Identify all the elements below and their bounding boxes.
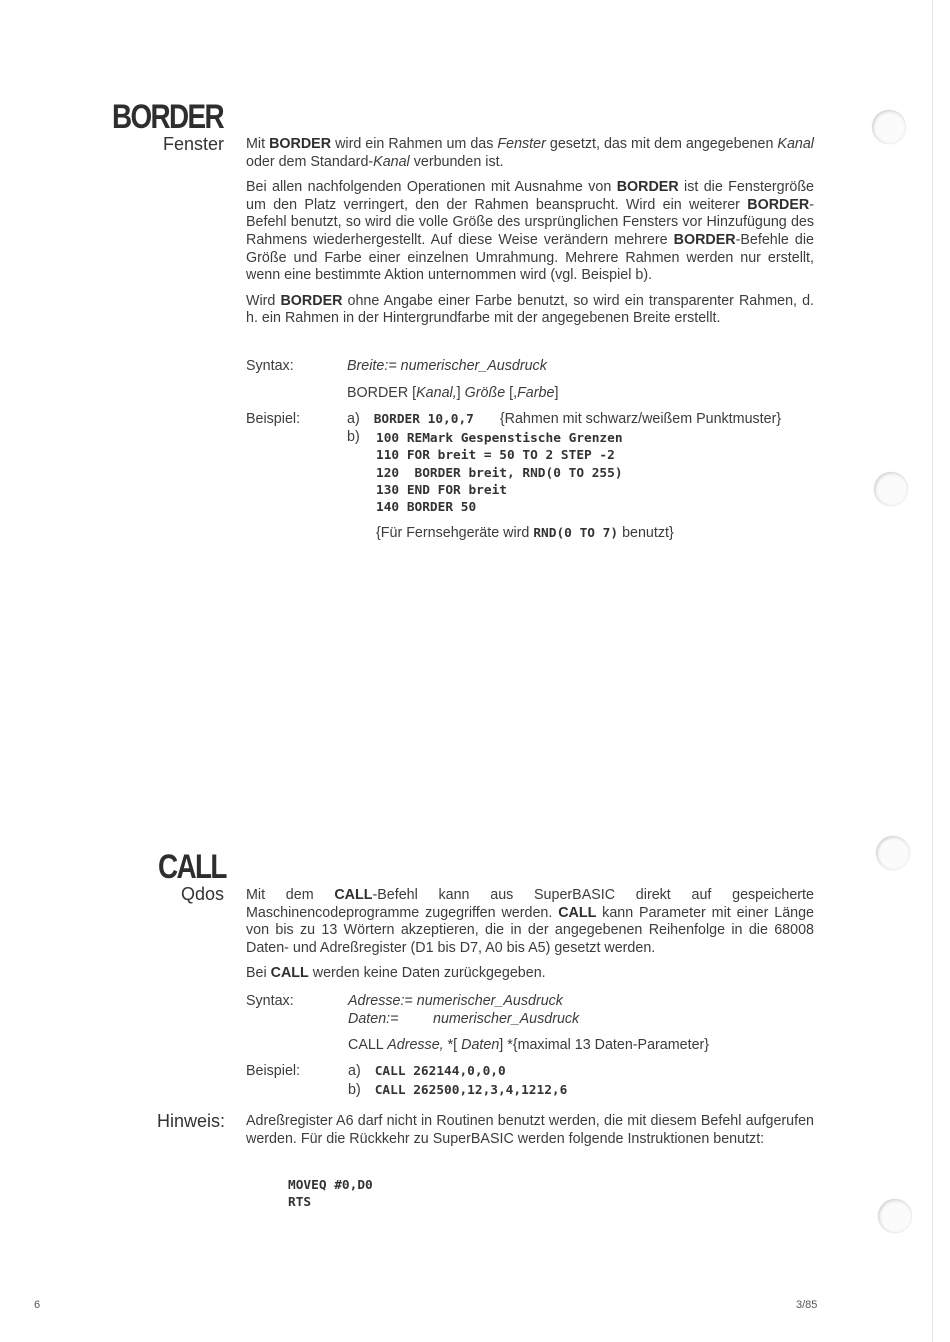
punch-hole: [872, 110, 906, 144]
border-category: Fenster: [130, 134, 224, 155]
call-keyword-heading: CALL: [158, 848, 226, 887]
call-para-2: Bei CALL werden keine Daten zurückgegebe…: [246, 965, 814, 983]
edition-date: 3/85: [796, 1299, 817, 1311]
page-number: 6: [34, 1299, 40, 1311]
code-line: 120 BORDER breit, RND(0 TO 255): [376, 465, 623, 482]
border-keyword-heading: BORDER: [112, 98, 223, 137]
call-syntax-def-1: Adresse:= numerischer_Ausdruck: [348, 993, 563, 1011]
code-line: 100 REMark Gespenstische Grenzen: [376, 430, 623, 447]
call-syntax-form: CALL Adresse, *[ Daten] *{maximal 13 Dat…: [348, 1037, 709, 1055]
code-line: 110 FOR breit = 50 TO 2 STEP -2: [376, 447, 623, 464]
border-para-1: Mit BORDER wird ein Rahmen um das Fenste…: [246, 136, 814, 171]
call-description: Mit dem CALL-Befehl kann aus SuperBASIC …: [246, 887, 814, 991]
call-note-text: Adreßregister A6 darf nicht in Routinen …: [246, 1113, 814, 1148]
border-syntax-label: Syntax:: [246, 358, 294, 374]
call-example-label: Beispiel:: [246, 1063, 300, 1079]
border-description: Mit BORDER wird ein Rahmen um das Fenste…: [246, 136, 814, 336]
call-syntax-def-2-label: Daten:=: [348, 1011, 398, 1029]
call-category: Qdos: [130, 884, 224, 905]
code-line: 140 BORDER 50: [376, 499, 623, 516]
code-line: MOVEQ #0,D0: [288, 1177, 373, 1194]
call-syntax-label: Syntax:: [246, 993, 294, 1009]
punch-hole: [874, 472, 908, 506]
border-example-b-marker: b): [347, 429, 360, 447]
border-example-label: Beispiel:: [246, 411, 300, 427]
call-example-b: b) CALL 262500,12,3,4,1212,6: [348, 1082, 567, 1100]
border-example-a: a) BORDER 10,0,7 {Rahmen mit schwarz/wei…: [347, 411, 781, 429]
code-line: 130 END FOR breit: [376, 482, 623, 499]
border-syntax-form: BORDER [Kanal,] Größe [,Farbe]: [347, 385, 558, 403]
call-para-1: Mit dem CALL-Befehl kann aus SuperBASIC …: [246, 887, 814, 957]
punch-hole: [878, 1199, 912, 1233]
call-note-code: MOVEQ #0,D0RTS: [288, 1177, 373, 1212]
page-edge: [932, 0, 933, 1342]
border-syntax-def: Breite:= numerischer_Ausdruck: [347, 358, 547, 376]
border-para-3: Wird BORDER ohne Angabe einer Farbe benu…: [246, 293, 814, 328]
border-tv-note: {Für Fernsehgeräte wird RND(0 TO 7) benu…: [376, 525, 674, 543]
border-para-2: Bei allen nachfolgenden Operationen mit …: [246, 179, 814, 285]
punch-hole: [876, 836, 910, 870]
call-note-label: Hinweis:: [157, 1111, 225, 1132]
border-example-b-code: 100 REMark Gespenstische Grenzen110 FOR …: [376, 430, 623, 516]
call-example-a: a) CALL 262144,0,0,0: [348, 1063, 506, 1081]
code-line: RTS: [288, 1194, 373, 1211]
call-syntax-def-2-value: numerischer_Ausdruck: [433, 1011, 579, 1029]
